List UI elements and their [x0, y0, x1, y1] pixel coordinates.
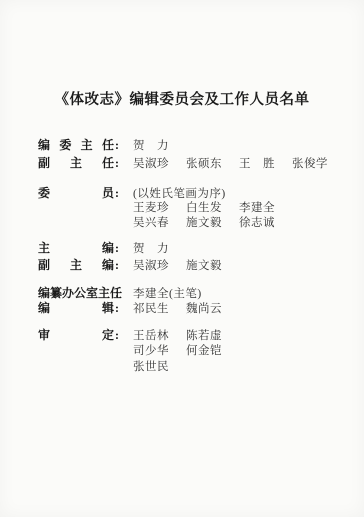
row-label: 编辑: [38, 299, 133, 316]
person-name: 吴淑珍 [133, 257, 186, 273]
list-row: 副主编: 吴淑珍施文毅 [38, 256, 350, 273]
row-values: 王岳林陈若虚 [133, 327, 350, 343]
list-row: 吴兴春施文毅徐志诚 [38, 214, 350, 229]
list-row: 主编: 贺 力 [38, 239, 350, 256]
label-colon: : [115, 328, 119, 343]
row-label-text: 编辑 [38, 299, 114, 316]
person-name: 王 胜 [239, 155, 292, 171]
row-values: 吴淑珍施文毅 [133, 257, 350, 273]
row-values: 贺 力 [133, 137, 350, 153]
row-values: 祁民生魏尚云 [133, 300, 350, 316]
row-values: 贺 力 [133, 240, 350, 256]
person-name: 李建全(主笔) [133, 285, 202, 301]
section-committee-chairs: 编委主任: 贺 力 副主任: 吴淑珍张硕东王 胜张俊学 [38, 136, 350, 172]
row-label: 副主编: [38, 256, 133, 273]
list-row: 王麦珍白生发李建全 [38, 199, 350, 214]
row-label-text: 审定 [38, 326, 114, 343]
scanned-document-page: 《体改志》编辑委员会及工作人员名单 编委主任: 贺 力 副主任: 吴淑珍张硕东王… [0, 0, 364, 517]
person-name: 贺 力 [133, 137, 169, 153]
person-name: 施文毅 [186, 214, 239, 230]
section-office-and-editors: 编纂办公室主任: 李建全(主笔) 编辑: 祁民生魏尚云 [38, 284, 350, 314]
list-row: 编委主任: 贺 力 [38, 136, 350, 154]
page-title: 《体改志》编辑委员会及工作人员名单 [0, 88, 364, 109]
label-colon: : [115, 156, 119, 171]
row-values: 李建全(主笔) [133, 285, 350, 301]
list-row: 副主任: 吴淑珍张硕东王 胜张俊学 [38, 154, 350, 172]
row-label: 审定: [38, 326, 133, 343]
row-label-text: 副主任 [38, 154, 114, 171]
list-row: 司少华何金铠 [38, 342, 350, 358]
list-row: 委员: (以姓氏笔画为序) [38, 184, 350, 199]
row-label-text: 委员 [38, 184, 114, 201]
label-colon: : [115, 241, 119, 256]
section-members: 委员: (以姓氏笔画为序) 王麦珍白生发李建全 吴兴春施文毅徐志诚 [38, 184, 350, 229]
label-colon: : [115, 186, 119, 201]
person-name: 贺 力 [133, 240, 169, 256]
row-label: 副主任: [38, 154, 133, 171]
row-label: 主编: [38, 239, 133, 256]
person-name: 陈若虚 [186, 327, 222, 343]
row-label: 委员: [38, 184, 133, 201]
person-name: 魏尚云 [186, 300, 222, 316]
person-name: 王麦珍 [133, 199, 186, 215]
person-name: 吴淑珍 [133, 155, 186, 171]
person-name: 徐志诚 [239, 214, 275, 230]
person-name: 白生发 [186, 199, 239, 215]
person-name: 何金铠 [186, 342, 222, 358]
section-editors-in-chief: 主编: 贺 力 副主编: 吴淑珍施文毅 [38, 239, 350, 273]
row-values: 吴淑珍张硕东王 胜张俊学 [133, 155, 350, 171]
list-row: 张世民 [38, 358, 350, 374]
label-colon: : [115, 258, 119, 273]
person-name: 施文毅 [186, 257, 222, 273]
person-name: 张俊学 [292, 155, 328, 171]
person-name: 司少华 [133, 342, 186, 358]
label-colon: : [115, 301, 119, 316]
row-values: 吴兴春施文毅徐志诚 [133, 214, 350, 230]
row-label-text: 编委主任 [38, 136, 114, 153]
person-name: 祁民生 [133, 300, 186, 316]
row-label: 编委主任: [38, 136, 133, 153]
row-label-text: 副主编 [38, 256, 114, 273]
section-reviewers: 审定: 王岳林陈若虚 司少华何金铠 张世民 [38, 326, 350, 374]
list-row: 编辑: 祁民生魏尚云 [38, 299, 350, 314]
row-values: 司少华何金铠 [133, 342, 350, 358]
label-colon: : [115, 138, 119, 153]
person-name: 李建全 [239, 199, 275, 215]
person-name: 张硕东 [186, 155, 239, 171]
row-label-text: 主编 [38, 239, 114, 256]
row-values: 张世民 [133, 358, 350, 374]
row-values: 王麦珍白生发李建全 [133, 199, 350, 215]
list-row: 审定: 王岳林陈若虚 [38, 326, 350, 342]
person-name: 吴兴春 [133, 214, 186, 230]
committee-list: 编委主任: 贺 力 副主任: 吴淑珍张硕东王 胜张俊学 委员: (以姓氏笔画为序… [38, 136, 350, 374]
list-row: 编纂办公室主任: 李建全(主笔) [38, 284, 350, 299]
person-name: 张世民 [133, 358, 169, 374]
person-name: 王岳林 [133, 327, 186, 343]
